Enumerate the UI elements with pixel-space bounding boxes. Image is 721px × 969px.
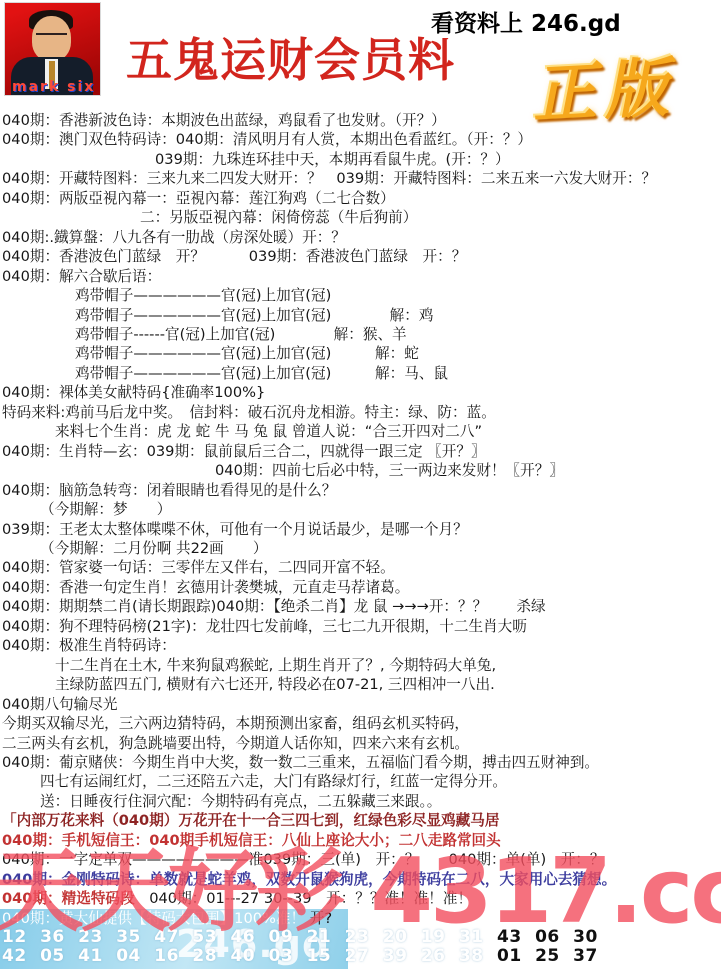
text-line-neibu-wanhua: 「内部万花来料（040期）万花开在十一合三四七到，红绿色彩尽显鸡藏马居 (0, 811, 721, 830)
jingxuan-rest: 040期：01---27 30--39 开：？？准！准！准！ (135, 890, 472, 907)
text-line: 040期：狗不理特码榜(21字)：龙壮四七发前峰，三七二九开很期，十二生肖大呖 (0, 617, 721, 636)
text-line: 040期：开藏特图料：三来九来二四发大财开：？ 039期：开藏特图料：二来五来一… (0, 169, 721, 188)
text-line: 鸡带帽子——————官(冠)上加官(冠) 解：马、鼠 (0, 364, 721, 383)
text-line: 鸡带帽子------官(冠)上加官(冠) 解：猴、羊 (0, 325, 721, 344)
tips-text-block: 040期：香港新波色诗：本期波色出蓝绿，鸡鼠看了也发财。（开？） 040期：澳门… (0, 111, 721, 967)
text-line: 特码来料:鸡前马后龙中奖。 信封料：破石沉舟龙相游。特主：绿、防：蓝。 (0, 403, 721, 422)
jingxuan-label: 040期：精选特码段 (2, 890, 135, 907)
text-line: 040期：解六合歇后语： (0, 267, 721, 286)
photo-brand-text: mark six (12, 79, 95, 95)
text-line: 040期：香港新波色诗：本期波色出蓝绿，鸡鼠看了也发财。（开？） (0, 111, 721, 130)
numbers-row-2-black: 01 25 37 (497, 946, 598, 966)
numbers-row-1: 12 36 23 35 47 53 46 09 21 23 20 19 31 4… (0, 928, 721, 947)
text-line: 040期：葡京赌侠：今期生肖中大奖，数一数二三重来，五福临门看今期，搏击四五财神… (0, 753, 721, 772)
text-line: 鸡带帽子——————官(冠)上加官(冠) 解：鸡 (0, 306, 721, 325)
text-line: 来料七个生肖：虎 龙 蛇 牛 马 兔 鼠 曾道人说：“合三开四对二八” (0, 422, 721, 441)
portrait-glasses (36, 33, 67, 42)
text-line: 鸡带帽子——————官(冠)上加官(冠) 解：蛇 (0, 344, 721, 363)
numbers-row-1-white: 12 36 23 35 47 53 46 09 21 23 20 19 31 (2, 927, 484, 947)
text-line: 040期：香港波色门蓝绿 开？ 039期：香港波色门蓝绿 开：？ (0, 247, 721, 266)
text-line: 040期：极准生肖特码诗： (0, 636, 721, 655)
jingxuan-line: 040期：精选特码段 040期：01---27 30--39 开：？？准！准！准… (0, 889, 721, 908)
text-line: 040期：两版亞視內幕一：亞視內幕：莲江狗鸡（二七合数） (0, 189, 721, 208)
text-line: 主绿防蓝四五门, 横财有六七还开, 特段必在07-21, 三四相冲一八出. (0, 675, 721, 694)
text-line: 040期：脑筋急转弯：闭着眼睛也看得见的是什么？ (0, 481, 721, 500)
huangdaxian-line: 040期：黄大仙提供【特码大包围】100%准！ 开? (0, 909, 721, 928)
text-line: 040期:.鐡算盤：八九各有一肋战（房深处暖）开：？ (0, 228, 721, 247)
text-line: 040期：裸体美女献特码{准确率100%} (0, 383, 721, 402)
text-line: 鸡带帽子——————官(冠)上加官(冠) (0, 286, 721, 305)
text-line: （今期解：梦 ） (0, 500, 721, 519)
text-line-shouji-duanxin: 040期：手机短信王：040期手机短信王：八仙上座论大小；二八走路常回头 (0, 831, 721, 850)
text-line: 040期：一字定单双————————准039期：三(单) 开：？ 040期：单(… (0, 850, 721, 869)
huangdaxian-open-text: 开? (310, 910, 332, 927)
text-line: （今期解：二月份啊 共22画 ） (0, 539, 721, 558)
text-line: 040期：期期禁二肖(请长期跟踪)040期：【绝杀二肖】龙 鼠 →→→开：？？ … (0, 597, 721, 616)
portrait-photo: mark six (4, 2, 101, 96)
numbers-row-1-black: 43 06 30 (497, 927, 598, 947)
site-note: 看资料上 246.gd (428, 5, 624, 38)
numbers-row-2-white: 42 05 41 04 16 28 40 03 15 27 39 26 38 (2, 946, 484, 966)
text-line: 040期八句输尽光 (0, 695, 721, 714)
text-line: 四七有运闹红灯，二三还陪五六走，大门有路绿灯行，红蓝一定得分开。 (0, 772, 721, 791)
text-line: 040期：管家婆一句话：三零伴左又伴右，二四同开富不轻。 (0, 558, 721, 577)
huangdaxian-white-text: 040期：黄大仙提供【特码大包围】100%准！ (2, 910, 305, 927)
text-line: 今期买双输尽光，三六两边猜特码，本期预测出家畜，组码玄机买特码， (0, 714, 721, 733)
text-line: 040期：澳门双色特码诗：040期：清风明月有人赏，本期出色看蓝红。（开：？） (0, 130, 721, 149)
text-line-jingang-tema: 040期：金刚特码诗：单数就是蛇羊鸡，双数开鼠猴狗虎，今期特码在二八，大家用心去… (0, 870, 721, 889)
text-line: 040期：四前七后必中特，三一两边来发财！〖开？〗 (0, 461, 721, 480)
text-line: 039期：王老太太整体喋喋不休，可他有一个月说话最少，是哪一个月？ (0, 520, 721, 539)
scanned-lottery-sheet: mark six 正版 五鬼运财会员料 看资料上 246.gd 246.gd 0… (0, 0, 721, 969)
text-line: 040期：生肖特—玄：039期：鼠前鼠后三合二，四就得一跟三定 〖开？〗 (0, 442, 721, 461)
text-line: 039期：九珠连环挂中天，本期再看鼠牛虎。(开：？） (0, 150, 721, 169)
text-line: 040期：香港一句定生肖！玄德用计袭樊城，元直走马荐诸葛。 (0, 578, 721, 597)
text-line: 十二生肖在土木, 牛来狗鼠鸡猴蛇, 上期生肖开了？, 今期特码大单兔, (0, 656, 721, 675)
text-line: 二三两头有玄机，狗急跳墙要出特，今期道人话你知，四来六来有玄机。 (0, 734, 721, 753)
text-line: 二：另版亞視內幕：闲倚傍蕊（牛后狗前） (0, 208, 721, 227)
numbers-row-2: 42 05 41 04 16 28 40 03 15 27 39 26 38 0… (0, 947, 721, 966)
page-title: 五鬼运财会员料 (126, 24, 455, 90)
text-line: 送：日睡夜行住洞穴配：今期特码有亮点，二五躲藏三来跟。。 (0, 792, 721, 811)
